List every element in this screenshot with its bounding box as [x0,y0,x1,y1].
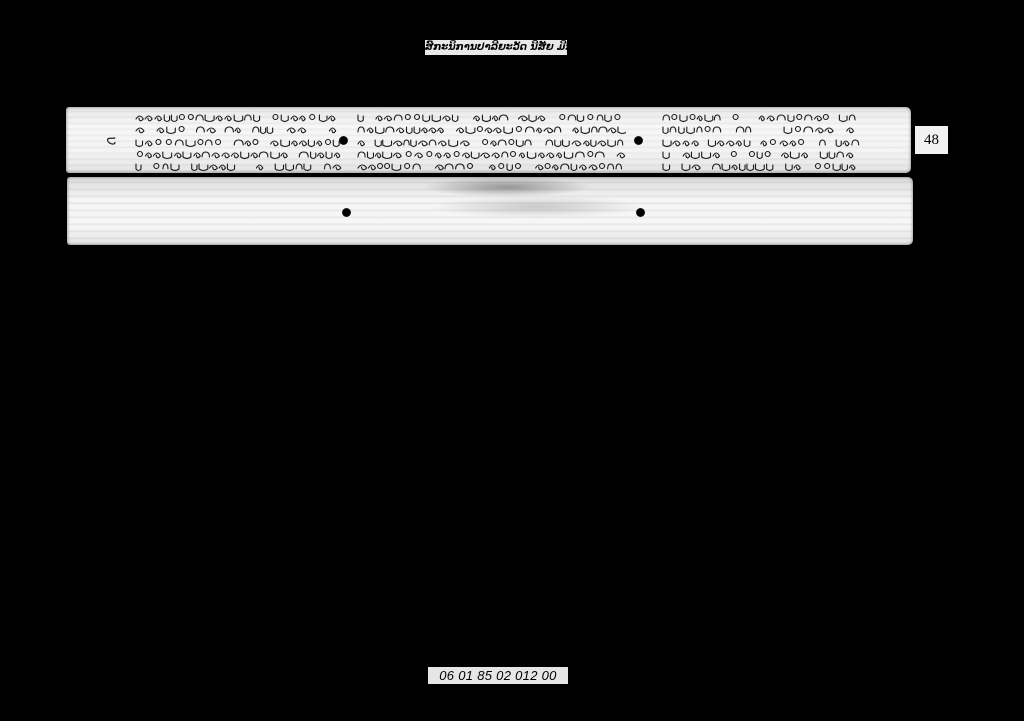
script-block-middle [356,112,626,173]
script-line [356,112,626,123]
script-line [356,149,626,160]
header-label: ສົກະນິການປາລີຍະວັດ ນີສັຍ ມີກັນ [425,40,567,55]
script-block-right [661,112,861,173]
script-line [134,161,344,172]
script-line [661,149,861,160]
binding-hole [339,136,348,145]
script-line [661,161,861,172]
script-line [356,124,626,135]
script-line [661,124,861,135]
page-number-tag: 48 [915,126,948,154]
script-line [134,137,344,148]
margin-mark: ꪒ [96,135,128,146]
script-line [661,137,861,148]
script-line [661,112,861,123]
script-line [134,124,344,135]
palm-leaf-2 [67,177,913,245]
binding-hole [634,136,643,145]
script-line [356,137,626,148]
palm-leaf-1: ꪒ [66,107,911,173]
footer-code: 06 01 85 02 012 00 [428,667,568,684]
binding-hole [636,208,645,217]
script-line [134,149,344,160]
binding-hole [342,208,351,217]
script-line [356,161,626,172]
script-block-left [134,112,344,173]
script-line [134,112,344,123]
